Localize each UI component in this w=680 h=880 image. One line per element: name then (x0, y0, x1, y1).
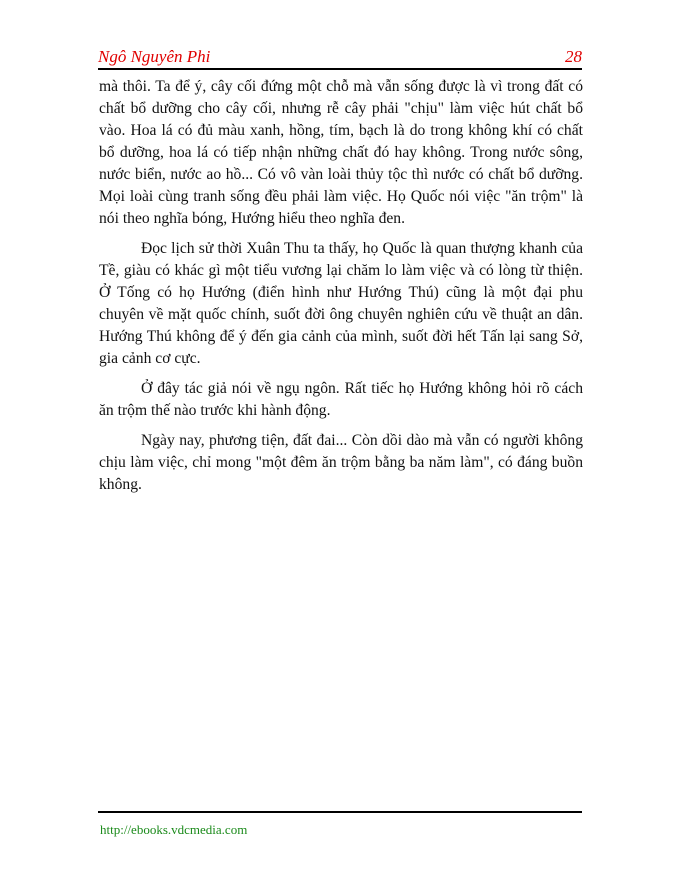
body-paragraph-1: mà thôi. Ta để ý, cây cối đứng một chỗ m… (99, 76, 583, 230)
footer-website-link[interactable]: http://ebooks.vdcmedia.com (100, 822, 247, 837)
header-page-number: 28 (565, 47, 582, 68)
body-paragraph-2: Đọc lịch sử thời Xuân Thu ta thấy, họ Qu… (99, 238, 583, 370)
body-paragraph-3: Ở đây tác giả nói về ngụ ngôn. Rất tiếc … (99, 378, 583, 422)
body-paragraph-4: Ngày nay, phương tiện, đất đai... Còn dồ… (99, 430, 583, 496)
page-footer: http://ebooks.vdcmedia.com (98, 811, 582, 838)
page-header: Ngô Nguyên Phi 28 (98, 46, 582, 70)
page-body: mà thôi. Ta để ý, cây cối đứng một chỗ m… (99, 76, 583, 504)
header-author: Ngô Nguyên Phi (98, 47, 210, 68)
